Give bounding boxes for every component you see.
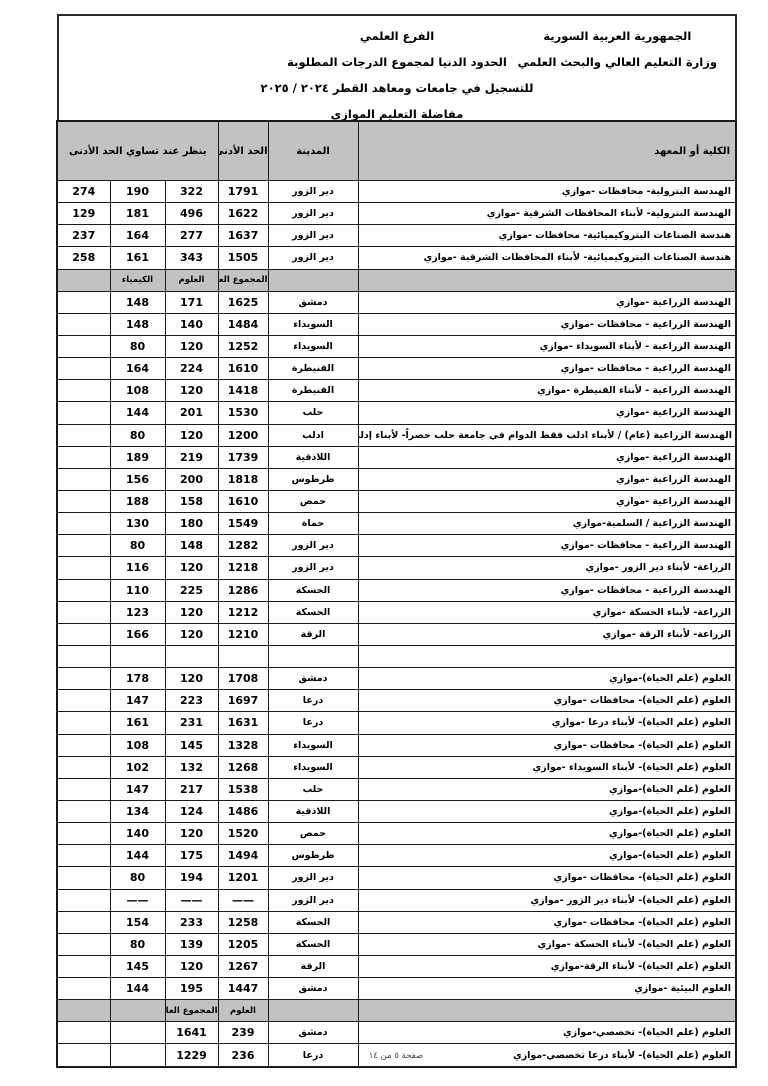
cell-min: 1739 <box>218 446 268 468</box>
table-row: العلوم (علم الحياة)- لأبناء السويداء -مو… <box>57 756 736 778</box>
cell-faculty: الهندسة الزراعية - محافظات -موازي <box>358 579 736 601</box>
cell-t1: المجموع العام <box>165 1000 218 1022</box>
cell-city <box>268 645 358 667</box>
cell-city: درعا <box>268 712 358 734</box>
cell-min: 1818 <box>218 468 268 490</box>
cell-city: دير الزور <box>268 867 358 889</box>
cell-t2: 80 <box>110 535 165 557</box>
cell-min: 1530 <box>218 402 268 424</box>
cell-t3: 258 <box>57 247 110 269</box>
cell-city: حلب <box>268 402 358 424</box>
cell-city: حمص <box>268 823 358 845</box>
cell-t1: 180 <box>165 513 218 535</box>
cell-t1: 195 <box>165 978 218 1000</box>
tiebreak-header-cell: ينظر عند تساوي الحد الأدنى <box>57 121 218 181</box>
cell-t1: 343 <box>165 247 218 269</box>
cell-city: درعا <box>268 1044 358 1067</box>
cell-t1: 120 <box>165 823 218 845</box>
cell-t2: 154 <box>110 911 165 933</box>
cell-t1: 120 <box>165 424 218 446</box>
table-row: العلوم (علم الحياة)- محافظات -موازيدرعا1… <box>57 690 736 712</box>
cell-faculty: هندسة الصناعات البتروكيميائية- لأبناء ال… <box>358 247 736 269</box>
cell-min: 1538 <box>218 778 268 800</box>
cell-t1: 231 <box>165 712 218 734</box>
cell-min: 1708 <box>218 668 268 690</box>
cell-city: طرطوس <box>268 468 358 490</box>
cell-city: دمشق <box>268 978 358 1000</box>
cell-t2 <box>110 1022 165 1044</box>
table-row: الهندسة الزراعية / السلمية-موازيحماة1549… <box>57 513 736 535</box>
admission-minimums-table: الكلية أو المعهد المدينة الحد الأدنى ينظ… <box>56 120 737 1068</box>
cell-faculty: العلوم (علم الحياة)- محافظات -موازي <box>358 690 736 712</box>
cell-min: 1637 <box>218 225 268 247</box>
cell-t2: 190 <box>110 181 165 203</box>
cell-t3 <box>57 623 110 645</box>
cell-city: ادلب <box>268 424 358 446</box>
cell-min: 1610 <box>218 358 268 380</box>
cell-min: 1267 <box>218 955 268 977</box>
cell-faculty: الهندسة البترولية- محافظات -موازي <box>358 181 736 203</box>
cell-min: 1328 <box>218 734 268 756</box>
cell-t2: 123 <box>110 601 165 623</box>
cell-city: دير الزور <box>268 181 358 203</box>
cell-t3 <box>57 690 110 712</box>
cell-t1: 200 <box>165 468 218 490</box>
cell-t3 <box>57 535 110 557</box>
cell-city: دير الزور <box>268 557 358 579</box>
cell-t1: العلوم <box>165 269 218 291</box>
cell-t2: 181 <box>110 203 165 225</box>
cell-faculty <box>358 645 736 667</box>
cell-t3 <box>57 1044 110 1067</box>
table-row: الهندسة الزراعية - محافظات -موازيدير الز… <box>57 535 736 557</box>
cell-min: 1258 <box>218 911 268 933</box>
cell-t3 <box>57 291 110 313</box>
cell-min: 1494 <box>218 845 268 867</box>
table-row: العلوم البيئية -موازيدمشق1447195144 <box>57 978 736 1000</box>
cell-t3 <box>57 313 110 335</box>
cell-city: الحسكة <box>268 601 358 623</box>
table-row: الهندسة الزراعية - لأبناء القنيطرة -مواز… <box>57 380 736 402</box>
table-row: هندسة الصناعات البتروكيميائية- لأبناء ال… <box>57 247 736 269</box>
cell-city: دير الزور <box>268 889 358 911</box>
cell-min: 1418 <box>218 380 268 402</box>
cell-t2: 164 <box>110 358 165 380</box>
cell-city: درعا <box>268 690 358 712</box>
ministry-line: وزارة التعليم العالي والبحث العلمي <box>518 49 717 75</box>
cell-t2: 134 <box>110 800 165 822</box>
cell-faculty: العلوم (علم الحياة)-موازي <box>358 823 736 845</box>
cell-min: 1520 <box>218 823 268 845</box>
cell-t3 <box>57 668 110 690</box>
cell-faculty: العلوم (علم الحياة)- تخصصي-موازي <box>358 1022 736 1044</box>
cell-city: دمشق <box>268 291 358 313</box>
cell-t3 <box>57 978 110 1000</box>
cell-t1: 322 <box>165 181 218 203</box>
cell-t2: 144 <box>110 978 165 1000</box>
cell-t3 <box>57 601 110 623</box>
cell-t2: 147 <box>110 778 165 800</box>
cell-min: 1252 <box>218 335 268 357</box>
cell-min: 1549 <box>218 513 268 535</box>
cell-min: 1286 <box>218 579 268 601</box>
doc-title-line2: للتسجيل في جامعات ومعاهد القطر ٢٠٢٤ / ٢٠… <box>59 75 735 101</box>
document-page: الفرع العلمي الحدود الدنيا لمجموع الدرجا… <box>0 0 768 1086</box>
cell-t2: 148 <box>110 313 165 335</box>
cell-t3 <box>57 380 110 402</box>
cell-faculty: الهندسة الزراعية -موازي <box>358 291 736 313</box>
cell-faculty: العلوم (علم الحياة)-موازي <box>358 845 736 867</box>
table-row: الهندسة الزراعية -موازياللاذقية173921918… <box>57 446 736 468</box>
cell-t2: 144 <box>110 402 165 424</box>
cell-city <box>268 1000 358 1022</box>
cell-t2: 161 <box>110 247 165 269</box>
cell-t1: 171 <box>165 291 218 313</box>
cell-t1: 225 <box>165 579 218 601</box>
table-row: الهندسة الزراعية - محافظات -موازيالحسكة1… <box>57 579 736 601</box>
table-row: العلوم (علم الحياة)- محافظات -موازيالسوي… <box>57 734 736 756</box>
table-row: هندسة الصناعات البتروكيميائية- محافظات -… <box>57 225 736 247</box>
table-row: العلوم (علم الحياة)- محافظات -موازيالحسك… <box>57 911 736 933</box>
table-row: العلوم (علم الحياة)- لأبناء الرقة-موازيا… <box>57 955 736 977</box>
cell-city: دير الزور <box>268 247 358 269</box>
faculty-header-cell: الكلية أو المعهد <box>358 121 736 181</box>
cell-min: العلوم <box>218 1000 268 1022</box>
page-number: صفحة ٥ من ١٤ <box>348 1051 444 1061</box>
cell-min: 1622 <box>218 203 268 225</box>
empty-row <box>57 645 736 667</box>
cell-t3 <box>57 490 110 512</box>
cell-faculty: العلوم (علم الحياة)- محافظات -موازي <box>358 867 736 889</box>
cell-t1: 1641 <box>165 1022 218 1044</box>
cell-t1: 120 <box>165 601 218 623</box>
cell-t2: 80 <box>110 335 165 357</box>
cell-t1: 120 <box>165 557 218 579</box>
cell-faculty: الهندسة الزراعية -موازي <box>358 446 736 468</box>
cell-t3 <box>57 358 110 380</box>
cell-t1: 194 <box>165 867 218 889</box>
cell-t1: 201 <box>165 402 218 424</box>
cell-t1: 139 <box>165 933 218 955</box>
cell-t2: 130 <box>110 513 165 535</box>
cell-t3 <box>57 468 110 490</box>
cell-faculty: العلوم (علم الحياة)-موازي <box>358 778 736 800</box>
cell-min: 1697 <box>218 690 268 712</box>
cell-faculty: العلوم البيئية -موازي <box>358 978 736 1000</box>
cell-faculty: العلوم (علم الحياة)- لأبناء درعا -موازي <box>358 712 736 734</box>
cell-city: حلب <box>268 778 358 800</box>
cell-city: طرطوس <box>268 845 358 867</box>
cell-city: الرقة <box>268 623 358 645</box>
cell-t3 <box>57 933 110 955</box>
cell-faculty: الزراعة- لأبناء دير الزور -موازي <box>358 557 736 579</box>
cell-t3 <box>57 645 110 667</box>
cell-min: 239 <box>218 1022 268 1044</box>
cell-city: حمص <box>268 490 358 512</box>
cell-faculty: الهندسة الزراعية - محافظات -موازي <box>358 313 736 335</box>
cell-t1: 120 <box>165 623 218 645</box>
cell-t3 <box>57 911 110 933</box>
cell-faculty <box>358 269 736 291</box>
cell-faculty: الزراعة- لأبناء الحسكة -موازي <box>358 601 736 623</box>
cell-t3 <box>57 756 110 778</box>
table-row: العلوم (علم الحياة)- لأبناء درعا -موازيد… <box>57 712 736 734</box>
cell-t3 <box>57 269 110 291</box>
table-row: العلوم (علم الحياة)-موازياللاذقية1486124… <box>57 800 736 822</box>
cell-city: حماة <box>268 513 358 535</box>
cell-t1: 120 <box>165 335 218 357</box>
cell-t3 <box>57 955 110 977</box>
table-row: الهندسة البترولية- لأبناء المحافظات الشر… <box>57 203 736 225</box>
cell-min: 1625 <box>218 291 268 313</box>
table-row: العلوم (علم الحياة)- لأبناء دير الزور -م… <box>57 889 736 911</box>
cell-t2: 188 <box>110 490 165 512</box>
table-row: الهندسة الزراعية - لأبناء السويداء -مواز… <box>57 335 736 357</box>
cell-t1: 132 <box>165 756 218 778</box>
cell-t3: 274 <box>57 181 110 203</box>
min-header-cell: الحد الأدنى <box>218 121 268 181</box>
cell-t2: الكيمياء <box>110 269 165 291</box>
cell-t3 <box>57 579 110 601</box>
table-row: العلوم (علم الحياة)- محافظات -موازيدير ا… <box>57 867 736 889</box>
cell-city: اللاذقية <box>268 446 358 468</box>
cell-t2: 80 <box>110 867 165 889</box>
cell-faculty: العلوم (علم الحياة)- محافظات -موازي <box>358 734 736 756</box>
cell-faculty: العلوم (علم الحياة)- لأبناء دير الزور -م… <box>358 889 736 911</box>
cell-min: 1200 <box>218 424 268 446</box>
cell-t1: —— <box>165 889 218 911</box>
cell-min: 236 <box>218 1044 268 1067</box>
cell-t1: 140 <box>165 313 218 335</box>
cell-faculty: الهندسة الزراعية - محافظات -موازي <box>358 535 736 557</box>
cell-min: 1268 <box>218 756 268 778</box>
cell-min: 1282 <box>218 535 268 557</box>
cell-t3 <box>57 402 110 424</box>
table-row: الهندسة الزراعية (عام) / لأبناء ادلب فقط… <box>57 424 736 446</box>
cell-t2: 102 <box>110 756 165 778</box>
cell-faculty: العلوم (علم الحياة)-موازي <box>358 800 736 822</box>
cell-t1: 1229 <box>165 1044 218 1067</box>
cell-t3 <box>57 424 110 446</box>
cell-t3 <box>57 778 110 800</box>
cell-t1: 120 <box>165 955 218 977</box>
cell-t3 <box>57 335 110 357</box>
table-row: الهندسة الزراعية - محافظات -موازيالقنيطر… <box>57 358 736 380</box>
cell-min: 1610 <box>218 490 268 512</box>
cell-t1: 120 <box>165 380 218 402</box>
cell-t1: 224 <box>165 358 218 380</box>
table-row: الزراعة- لأبناء الرقة -موازيالرقة1210120… <box>57 623 736 645</box>
cell-t2 <box>110 1044 165 1067</box>
cell-faculty: العلوم (علم الحياة)-موازي <box>358 668 736 690</box>
cell-t1: 120 <box>165 668 218 690</box>
cell-t1: 277 <box>165 225 218 247</box>
cell-t2: 148 <box>110 291 165 313</box>
cell-faculty <box>358 1000 736 1022</box>
cell-t3 <box>57 823 110 845</box>
cell-min: 1505 <box>218 247 268 269</box>
table-row: الزراعة- لأبناء الحسكة -موازيالحسكة12121… <box>57 601 736 623</box>
cell-city: دمشق <box>268 1022 358 1044</box>
cell-t1: 145 <box>165 734 218 756</box>
table-row: العلوم (علم الحياة)-موازيحلب1538217147 <box>57 778 736 800</box>
cell-t1: 148 <box>165 535 218 557</box>
cell-city: السويداء <box>268 313 358 335</box>
cell-t2: 116 <box>110 557 165 579</box>
cell-faculty: العلوم (علم الحياة)- لأبناء الحسكة -مواز… <box>358 933 736 955</box>
cell-t2: 156 <box>110 468 165 490</box>
cell-min: 1218 <box>218 557 268 579</box>
cell-t2: —— <box>110 889 165 911</box>
cell-min: 1791 <box>218 181 268 203</box>
cell-t2: 178 <box>110 668 165 690</box>
cell-t3 <box>57 734 110 756</box>
ministry-block: الجمهورية العربية السورية وزارة التعليم … <box>518 23 717 75</box>
cell-min: 1486 <box>218 800 268 822</box>
cell-city: الحسكة <box>268 579 358 601</box>
cell-faculty: الهندسة الزراعية -موازي <box>358 468 736 490</box>
table-row: الزراعة- لأبناء دير الزور -موازيدير الزو… <box>57 557 736 579</box>
cell-t2: 164 <box>110 225 165 247</box>
cell-min: —— <box>218 889 268 911</box>
cell-city: القنيطرة <box>268 380 358 402</box>
cell-min: 1447 <box>218 978 268 1000</box>
cell-faculty: الهندسة الزراعية - لأبناء السويداء -مواز… <box>358 335 736 357</box>
cell-faculty: العلوم (علم الحياة)- لأبناء السويداء -مو… <box>358 756 736 778</box>
cell-city: الرقة <box>268 955 358 977</box>
table-row: الهندسة الزراعية -موازيحمص1610158188 <box>57 490 736 512</box>
cell-t1: 219 <box>165 446 218 468</box>
cell-t2: 145 <box>110 955 165 977</box>
section-label-row: العلومالمجموع العام <box>57 1000 736 1022</box>
cell-t1: 158 <box>165 490 218 512</box>
cell-city: دير الزور <box>268 225 358 247</box>
cell-t1: 175 <box>165 845 218 867</box>
cell-t3 <box>57 800 110 822</box>
cell-faculty: هندسة الصناعات البتروكيميائية- محافظات -… <box>358 225 736 247</box>
cell-faculty: الهندسة الزراعية -موازي <box>358 490 736 512</box>
cell-t2: 80 <box>110 933 165 955</box>
cell-t3 <box>57 712 110 734</box>
cell-t2: 161 <box>110 712 165 734</box>
cell-min: 1631 <box>218 712 268 734</box>
cell-t2 <box>110 645 165 667</box>
cell-t3: 237 <box>57 225 110 247</box>
cell-t2: 110 <box>110 579 165 601</box>
cell-t1 <box>165 645 218 667</box>
table-row: العلوم (علم الحياة)-موازيطرطوس1494175144 <box>57 845 736 867</box>
city-header-cell: المدينة <box>268 121 358 181</box>
republic-line: الجمهورية العربية السورية <box>518 23 717 49</box>
table-row: الهندسة الزراعية -موازيطرطوس1818200156 <box>57 468 736 490</box>
cell-t3 <box>57 845 110 867</box>
cell-t2: 108 <box>110 380 165 402</box>
cell-city <box>268 269 358 291</box>
section-label-row: المجموع العامالعلومالكيمياء <box>57 269 736 291</box>
cell-min: المجموع العام <box>218 269 268 291</box>
table-row: الهندسة الزراعية -موازيدمشق1625171148 <box>57 291 736 313</box>
cell-city: اللاذقية <box>268 800 358 822</box>
cell-t2: 166 <box>110 623 165 645</box>
cell-t3 <box>57 1022 110 1044</box>
cell-t1: 217 <box>165 778 218 800</box>
cell-t3 <box>57 557 110 579</box>
cell-t1: 496 <box>165 203 218 225</box>
table-row: العلوم (علم الحياة)- لأبناء الحسكة -مواز… <box>57 933 736 955</box>
cell-faculty: الهندسة الزراعية (عام) / لأبناء ادلب فقط… <box>358 424 736 446</box>
cell-t3: 129 <box>57 203 110 225</box>
cell-faculty: الهندسة الزراعية - محافظات -موازي <box>358 358 736 380</box>
cell-min <box>218 645 268 667</box>
table-row: العلوم (علم الحياة)-موازيحمص1520120140 <box>57 823 736 845</box>
table-row: العلوم (علم الحياة)-موازيدمشق1708120178 <box>57 668 736 690</box>
cell-t3 <box>57 513 110 535</box>
cell-t1: 223 <box>165 690 218 712</box>
cell-t3 <box>57 446 110 468</box>
cell-city: دمشق <box>268 668 358 690</box>
cell-min: 1210 <box>218 623 268 645</box>
cell-t3 <box>57 889 110 911</box>
cell-t2: 147 <box>110 690 165 712</box>
cell-faculty: الزراعة- لأبناء الرقة -موازي <box>358 623 736 645</box>
cell-city: دير الزور <box>268 203 358 225</box>
cell-min: 1201 <box>218 867 268 889</box>
cell-city: القنيطرة <box>268 358 358 380</box>
cell-city: الحسكة <box>268 911 358 933</box>
table-row: العلوم (علم الحياة)- تخصصي-موازيدمشق2391… <box>57 1022 736 1044</box>
cell-t2 <box>110 1000 165 1022</box>
cell-faculty: الهندسة الزراعية / السلمية-موازي <box>358 513 736 535</box>
cell-t2: 189 <box>110 446 165 468</box>
cell-t1: 233 <box>165 911 218 933</box>
cell-faculty: الهندسة الزراعية - لأبناء القنيطرة -مواز… <box>358 380 736 402</box>
cell-faculty: الهندسة الزراعية -موازي <box>358 402 736 424</box>
cell-city: السويداء <box>268 756 358 778</box>
table-row: الهندسة الزراعية -موازيحلب1530201144 <box>57 402 736 424</box>
cell-t2: 80 <box>110 424 165 446</box>
document-header-box: الفرع العلمي الحدود الدنيا لمجموع الدرجا… <box>57 14 737 122</box>
table-row: الهندسة الزراعية - محافظات -موازيالسويدا… <box>57 313 736 335</box>
table-body: الهندسة البترولية- محافظات -موازيدير الز… <box>57 181 736 1067</box>
cell-t2: 108 <box>110 734 165 756</box>
table-header-row: الكلية أو المعهد المدينة الحد الأدنى ينظ… <box>57 121 736 181</box>
cell-faculty: العلوم (علم الحياة)- محافظات -موازي <box>358 911 736 933</box>
cell-t3 <box>57 867 110 889</box>
cell-min: 1484 <box>218 313 268 335</box>
table-row: الهندسة البترولية- محافظات -موازيدير الز… <box>57 181 736 203</box>
cell-faculty: العلوم (علم الحياة)- لأبناء الرقة-موازي <box>358 955 736 977</box>
cell-t2: 144 <box>110 845 165 867</box>
cell-city: السويداء <box>268 335 358 357</box>
cell-city: السويداء <box>268 734 358 756</box>
cell-city: الحسكة <box>268 933 358 955</box>
cell-t1: 124 <box>165 800 218 822</box>
cell-t3 <box>57 1000 110 1022</box>
cell-min: 1205 <box>218 933 268 955</box>
cell-faculty: الهندسة البترولية- لأبناء المحافظات الشر… <box>358 203 736 225</box>
cell-city: دير الزور <box>268 535 358 557</box>
cell-t2: 140 <box>110 823 165 845</box>
cell-min: 1212 <box>218 601 268 623</box>
